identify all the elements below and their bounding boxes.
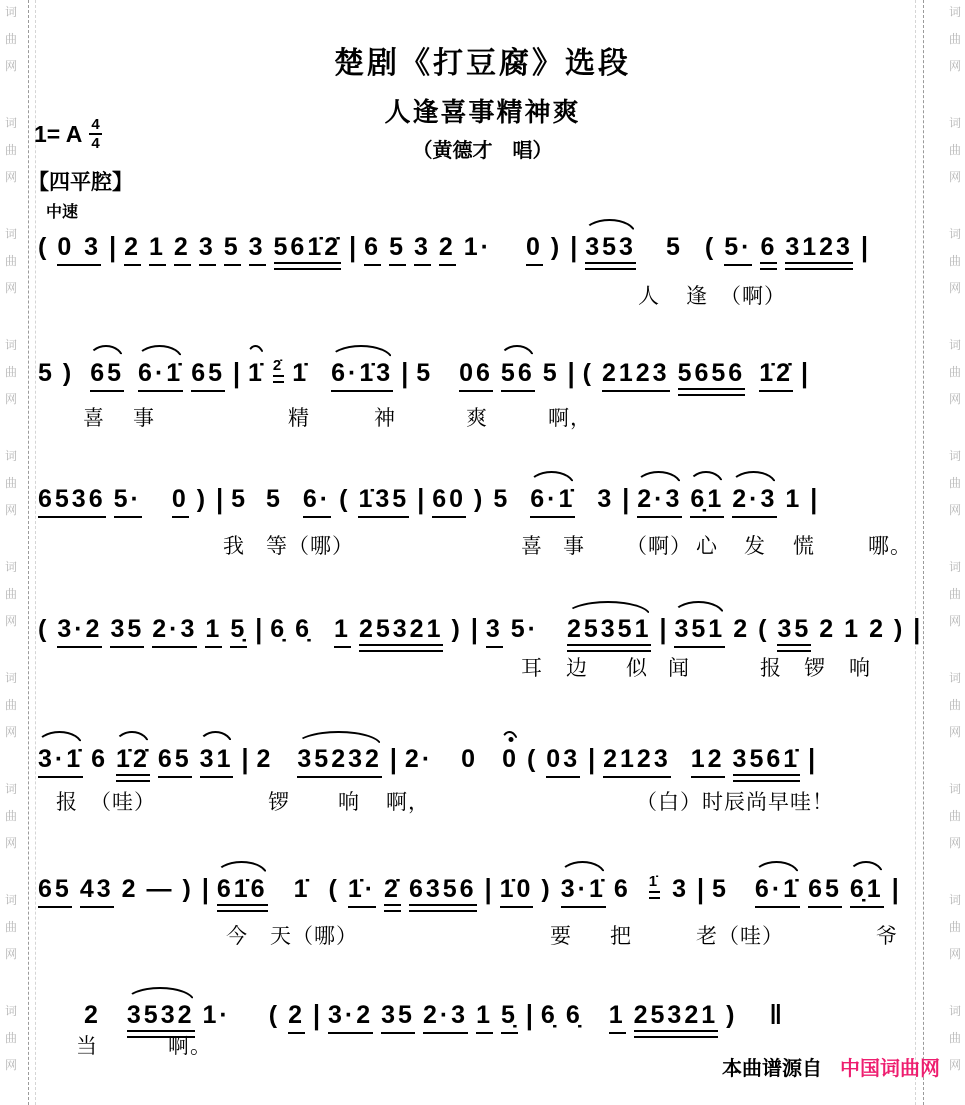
note-token: 1: [609, 1002, 626, 1034]
note-token: 5: [712, 876, 729, 904]
barline: |: [810, 484, 817, 515]
watermark-char: 曲: [949, 255, 961, 267]
lyric: 爽: [466, 402, 488, 432]
watermark-char: 词: [949, 894, 961, 906]
final-barline: ‖: [769, 1000, 781, 1031]
note-token: (: [583, 360, 594, 388]
note-token: 5·: [114, 486, 142, 518]
note-token: ): [726, 1002, 737, 1030]
watermark-char: 网: [5, 282, 17, 294]
watermark-char: 曲: [949, 810, 961, 822]
note-token: 5: [38, 360, 55, 388]
watermark-char: 词: [949, 783, 961, 795]
footer-source-label: 本曲谱源自: [722, 1052, 822, 1081]
barline: |: [241, 744, 248, 775]
note-token: 2·: [405, 746, 433, 774]
lyrics-row: 今天（哪）要把老（哇）爷: [38, 920, 943, 950]
note-token: ): [541, 876, 552, 904]
note-token: 3·1̇: [561, 876, 606, 908]
note-token: 5: [231, 486, 248, 514]
note-token: 5656: [678, 360, 746, 396]
barline: |: [390, 744, 397, 775]
meter-numerator: 4: [89, 116, 101, 135]
note-token: (: [705, 234, 716, 262]
note-token: 351: [674, 616, 725, 648]
barline: |: [526, 1000, 533, 1031]
barline: |: [808, 744, 815, 775]
lyric: 啊，: [386, 786, 430, 816]
note-token: 1: [476, 1002, 493, 1034]
barline: |: [202, 874, 209, 905]
note-token: 5: [666, 234, 683, 262]
note-token: 03: [546, 746, 580, 778]
note-token: 3: [414, 234, 431, 266]
watermark-char: 网: [949, 171, 961, 183]
note-token: 3·2: [328, 1002, 373, 1034]
note-token: 65: [158, 746, 192, 778]
note-token: 5: [389, 234, 406, 266]
barline: |: [233, 358, 240, 389]
note-token: 65: [90, 360, 124, 392]
watermark-char: 词: [5, 561, 17, 573]
barline: |: [417, 484, 424, 515]
note-token: 0: [461, 746, 478, 774]
lyric: 喜: [83, 402, 105, 432]
note-token: ): [551, 234, 562, 262]
song-title: 人逢喜事精神爽: [0, 92, 965, 129]
note-token: ): [183, 876, 194, 904]
note-token: 6·1̇3: [331, 360, 393, 392]
note-token: ): [474, 486, 485, 514]
barline: |: [622, 484, 629, 515]
note-token: 2: [174, 234, 191, 266]
note-token: 1·: [203, 1002, 231, 1030]
note-token: —: [147, 876, 175, 904]
barline: |: [588, 744, 595, 775]
notation-row: 65365·0)|556·(1̇35|60)56·1̇3|2·36̣12·31|: [38, 486, 817, 518]
note-token: 6·1̇: [530, 486, 575, 518]
note-token: 65: [191, 360, 225, 392]
note-token: 35232: [297, 746, 382, 778]
note-token: 5: [543, 360, 560, 388]
note-token: 31: [200, 746, 234, 778]
note-token: 5̣: [501, 1002, 518, 1034]
watermark-char: 网: [5, 504, 17, 516]
barline: |: [913, 614, 920, 645]
lyric: （白）时辰尚早哇！: [636, 786, 834, 816]
note-token: 3·1̇: [38, 746, 83, 778]
watermark-char: 词: [949, 672, 961, 684]
watermark-char: 网: [5, 1059, 17, 1071]
note-token: 6·: [303, 486, 331, 518]
barline: |: [697, 874, 704, 905]
lyric: （哇）: [90, 786, 156, 816]
note-token: 1̇0: [500, 876, 534, 908]
note-token: 2·3: [732, 486, 777, 518]
lyric: 今: [226, 920, 248, 950]
watermark-char: 网: [5, 393, 17, 405]
watermark-char: 词: [949, 450, 961, 462]
note-token: 6356: [409, 876, 477, 912]
lyric: 神: [374, 402, 396, 432]
barline: |: [659, 614, 666, 645]
lyric: 响: [338, 786, 360, 816]
barline: |: [109, 232, 116, 263]
watermark-char: 网: [949, 948, 961, 960]
note-token: 1·: [464, 234, 492, 262]
footer-credit: 本曲谱源自 中国词曲网: [722, 1052, 940, 1081]
note-token: 3: [486, 616, 503, 648]
note-token: (: [269, 1002, 280, 1030]
note-token: 6: [614, 876, 631, 904]
lyric: 似: [626, 652, 648, 682]
watermark-char: 曲: [949, 588, 961, 600]
note-token: 60: [432, 486, 466, 518]
watermark-char: 曲: [5, 366, 17, 378]
watermark-char: 曲: [949, 699, 961, 711]
lyric: 要: [550, 920, 572, 950]
lyric: 喜: [521, 530, 543, 560]
key-label: 1= A: [34, 121, 82, 148]
lyric: 我: [223, 530, 245, 560]
note-token: 2: [288, 1002, 305, 1034]
notation-row: (3·2352·315̣|6̣6̣125321)|35·25351|3512(3…: [38, 616, 920, 652]
lyric: （啊）: [720, 280, 786, 310]
watermark-char: 网: [949, 282, 961, 294]
note-token: 1̇2̇: [116, 746, 150, 782]
watermark-char: 词: [949, 228, 961, 240]
music-system: (3·2352·315̣|6̣6̣125321)|35·25351|3512(3…: [38, 600, 943, 698]
watermark-char: 网: [949, 393, 961, 405]
note-token: 1̇2̇: [759, 360, 793, 392]
note-token: 06: [459, 360, 493, 392]
barline: |: [801, 358, 808, 389]
note-token: 2: [84, 1002, 101, 1030]
note-token: 6̣1: [690, 486, 724, 518]
watermark-char: 词: [949, 339, 961, 351]
lyric: 逢: [686, 280, 708, 310]
watermark-char: 词: [5, 672, 17, 684]
note-token: 3: [249, 234, 266, 266]
music-system: 5)656·1̇65|1̇2̇1̇6·1̇3|506565|(212356561…: [38, 344, 943, 442]
lyrics-row: 我等（哪）喜事（啊）心发慌哪。: [38, 530, 943, 560]
note-token: 61̇6: [217, 876, 268, 912]
lyric: 锣: [268, 786, 290, 816]
lyric: 闻: [668, 652, 690, 682]
note-token: 2: [869, 616, 886, 644]
watermark-char: 词: [5, 6, 17, 18]
note-token: 353: [585, 234, 636, 270]
lyric: 慌: [793, 530, 815, 560]
lyric: 边: [566, 652, 588, 682]
lyric: 当: [76, 1030, 98, 1060]
notation-row: 3·1̇61̇2̇6531|235232|2·00(03|2123123561̇…: [38, 746, 815, 782]
watermark-char: 网: [949, 1059, 961, 1071]
barline: |: [349, 232, 356, 263]
note-token: 35: [777, 616, 811, 652]
note-token: 6̣: [541, 1002, 558, 1030]
lyric: 心: [696, 530, 718, 560]
sheet-music-page: { "header": { "title": "楚剧《打豆腐》选段", "sub…: [0, 0, 965, 1105]
lyric: 人: [638, 280, 660, 310]
watermark-char: 网: [949, 837, 961, 849]
note-token: 5: [224, 234, 241, 266]
note-token: 5: [266, 486, 283, 514]
barline: |: [313, 1000, 320, 1031]
note-token: 1: [149, 234, 166, 266]
note-token: 6·1̇: [755, 876, 800, 908]
note-token: 35: [381, 1002, 415, 1034]
barline: |: [216, 484, 223, 515]
note-token: 2: [122, 876, 139, 904]
notation-row: 5)656·1̇65|1̇2̇1̇6·1̇3|506565|(212356561…: [38, 360, 808, 396]
note-token: 3: [597, 486, 614, 514]
watermark-char: 词: [5, 339, 17, 351]
note-token: 6: [91, 746, 108, 774]
watermark-char: 词: [5, 1005, 17, 1017]
note-token: 3123: [785, 234, 853, 270]
meter-denominator: 4: [89, 135, 101, 152]
watermark-char: 词: [5, 228, 17, 240]
note-token: 1̇: [649, 874, 660, 899]
lyric: 耳: [521, 652, 543, 682]
watermark-column-right: 词曲网词曲网词曲网词曲网词曲网词曲网词曲网词曲网词曲网词曲网: [949, 6, 961, 1101]
note-token: 2: [819, 616, 836, 644]
note-token: 2·3: [637, 486, 682, 518]
lyric: 天（哪）: [270, 920, 358, 950]
note-token: 1: [205, 616, 222, 648]
note-token: 1̇: [248, 360, 265, 388]
watermark-char: 词: [5, 894, 17, 906]
note-token: 3: [672, 876, 689, 904]
note-token: 65: [38, 876, 72, 908]
notation-row: 65432—)|61̇61̇(1̇·2̇6356|1̇0)3·1̇61̇3|56…: [38, 876, 899, 912]
note-token: 6·1̇: [138, 360, 183, 392]
note-token: ): [197, 486, 208, 514]
watermark-char: 曲: [949, 366, 961, 378]
note-token: 6̣: [295, 616, 312, 644]
barline: |: [892, 874, 899, 905]
lyric: 精: [288, 402, 310, 432]
notation-row: (0 3|212353561̇2̇|65321·0)|3535(5·63123|: [38, 234, 868, 270]
note-token: 5·: [511, 616, 539, 644]
note-token: 2·3: [423, 1002, 468, 1034]
watermark-char: 网: [5, 726, 17, 738]
lyric: 发: [744, 530, 766, 560]
lyric: 爷: [876, 920, 898, 950]
lyric: 事: [563, 530, 585, 560]
lyric: 事: [133, 402, 155, 432]
lyric: 等（哪）: [266, 530, 354, 560]
page-title: 楚剧《打豆腐》选段: [0, 38, 965, 82]
note-token: 6536: [38, 486, 106, 518]
watermark-char: 词: [5, 783, 17, 795]
watermark-char: 曲: [5, 1032, 17, 1044]
barline: |: [471, 614, 478, 645]
lyric: 把: [610, 920, 632, 950]
note-token: 43: [80, 876, 114, 908]
note-token: 56: [501, 360, 535, 392]
note-token: 12: [691, 746, 725, 778]
barline: |: [861, 232, 868, 263]
barline: |: [568, 358, 575, 389]
site-name: 中国词曲网: [840, 1052, 940, 1081]
music-system: 65432—)|61̇61̇(1̇·2̇6356|1̇0)3·1̇61̇3|56…: [38, 860, 943, 958]
watermark-char: 网: [5, 837, 17, 849]
note-token: 2: [124, 234, 141, 266]
lyrics-row: 报（哇）锣响啊，（白）时辰尚早哇！: [38, 786, 943, 816]
watermark-char: 网: [949, 726, 961, 738]
watermark-char: 曲: [5, 477, 17, 489]
note-token: 1̇·: [348, 876, 376, 908]
note-token: 3: [199, 234, 216, 266]
lyrics-row: 喜事精神爽啊，: [38, 402, 943, 432]
watermark-char: 曲: [5, 810, 17, 822]
note-token: (: [527, 746, 538, 774]
note-token: 3561̇: [733, 746, 801, 782]
watermark-char: 网: [5, 948, 17, 960]
note-token: 1̇35: [358, 486, 409, 518]
lyric: 啊，: [548, 402, 592, 432]
note-token: 5: [416, 360, 433, 388]
note-token: 65: [808, 876, 842, 908]
note-token: 2: [733, 616, 750, 644]
note-token: 0: [526, 234, 543, 266]
watermark-char: 曲: [5, 255, 17, 267]
watermark-char: 词: [949, 1005, 961, 1017]
note-token: (: [339, 486, 350, 514]
note-token: (: [328, 876, 339, 904]
note-token: (: [758, 616, 769, 644]
watermark-char: 曲: [5, 699, 17, 711]
note-token: 25351: [567, 616, 652, 652]
lyric: 响: [849, 652, 871, 682]
lyric: 啊。: [168, 1030, 212, 1060]
barline: |: [485, 874, 492, 905]
note-token: 6: [760, 234, 777, 270]
note-token: 1: [334, 616, 351, 648]
note-token: 6̣: [270, 616, 287, 644]
watermark-char: 网: [5, 171, 17, 183]
note-token: 25321: [359, 616, 444, 652]
note-token: 3·2: [57, 616, 102, 648]
music-system: 3·1̇61̇2̇6531|235232|2·00(03|2123123561̇…: [38, 730, 943, 828]
lyric: （啊）: [626, 530, 692, 560]
note-token: 5: [493, 486, 510, 514]
note-token: 0: [502, 746, 519, 774]
music-system: (0 3|212353561̇2̇|65321·0)|3535(5·63123|…: [38, 218, 943, 316]
note-token: 6: [364, 234, 381, 266]
watermark-char: 网: [5, 615, 17, 627]
watermark-char: 词: [949, 561, 961, 573]
note-token: 0 3: [57, 234, 101, 266]
watermark-char: 网: [949, 504, 961, 516]
note-token: 2: [439, 234, 456, 266]
note-token: ): [63, 360, 74, 388]
note-token: ): [894, 616, 905, 644]
lyrics-row: 人逢（啊）: [38, 280, 943, 310]
watermark-char: 网: [949, 615, 961, 627]
watermark-column-left: 词曲网词曲网词曲网词曲网词曲网词曲网词曲网词曲网词曲网词曲网: [5, 6, 17, 1101]
barline: |: [401, 358, 408, 389]
note-token: 35: [110, 616, 144, 648]
note-token: 2123: [603, 746, 671, 778]
note-token: (: [38, 234, 49, 262]
watermark-char: 词: [949, 6, 961, 18]
barline: |: [255, 614, 262, 645]
note-token: 2̇: [384, 876, 401, 912]
note-token: (: [38, 616, 49, 644]
watermark-char: 曲: [949, 921, 961, 933]
note-token: 561̇2̇: [274, 234, 342, 270]
lyric: 报: [760, 652, 782, 682]
watermark-char: 曲: [5, 588, 17, 600]
singer-credit: （黄德才 唱）: [0, 134, 965, 163]
note-token: 6̣1: [850, 876, 884, 908]
watermark-char: 曲: [949, 1032, 961, 1044]
note-token: 5·: [724, 234, 752, 266]
lyrics-row: 耳边似闻报锣响: [38, 652, 943, 682]
key-signature: 1= A 4 4: [34, 116, 102, 153]
lyric: 哪。: [868, 530, 912, 560]
watermark-char: 词: [5, 450, 17, 462]
lyric: 老（哇）: [696, 920, 784, 950]
note-token: 2: [256, 746, 273, 774]
watermark-char: 曲: [949, 477, 961, 489]
note-token: 1̇: [294, 876, 311, 904]
lyric: 报: [56, 786, 78, 816]
note-token: 6̣: [566, 1002, 583, 1030]
lyric: 锣: [804, 652, 826, 682]
note-token: 0: [172, 486, 189, 518]
barline: |: [570, 232, 577, 263]
note-token: 2·3: [152, 616, 197, 648]
note-token: 2123: [602, 360, 670, 392]
note-token: 5̣: [230, 616, 247, 648]
time-signature: 4 4: [89, 116, 101, 153]
watermark-char: 曲: [5, 921, 17, 933]
music-system: 65365·0)|556·(1̇35|60)56·1̇3|2·36̣12·31|…: [38, 470, 943, 568]
note-token: 2̇: [273, 358, 284, 383]
note-token: 1: [844, 616, 861, 644]
note-token: 1̇: [292, 360, 309, 388]
note-token: 1: [785, 486, 802, 514]
aria-type-label: 【四平腔】: [28, 166, 133, 196]
note-token: ): [451, 616, 462, 644]
